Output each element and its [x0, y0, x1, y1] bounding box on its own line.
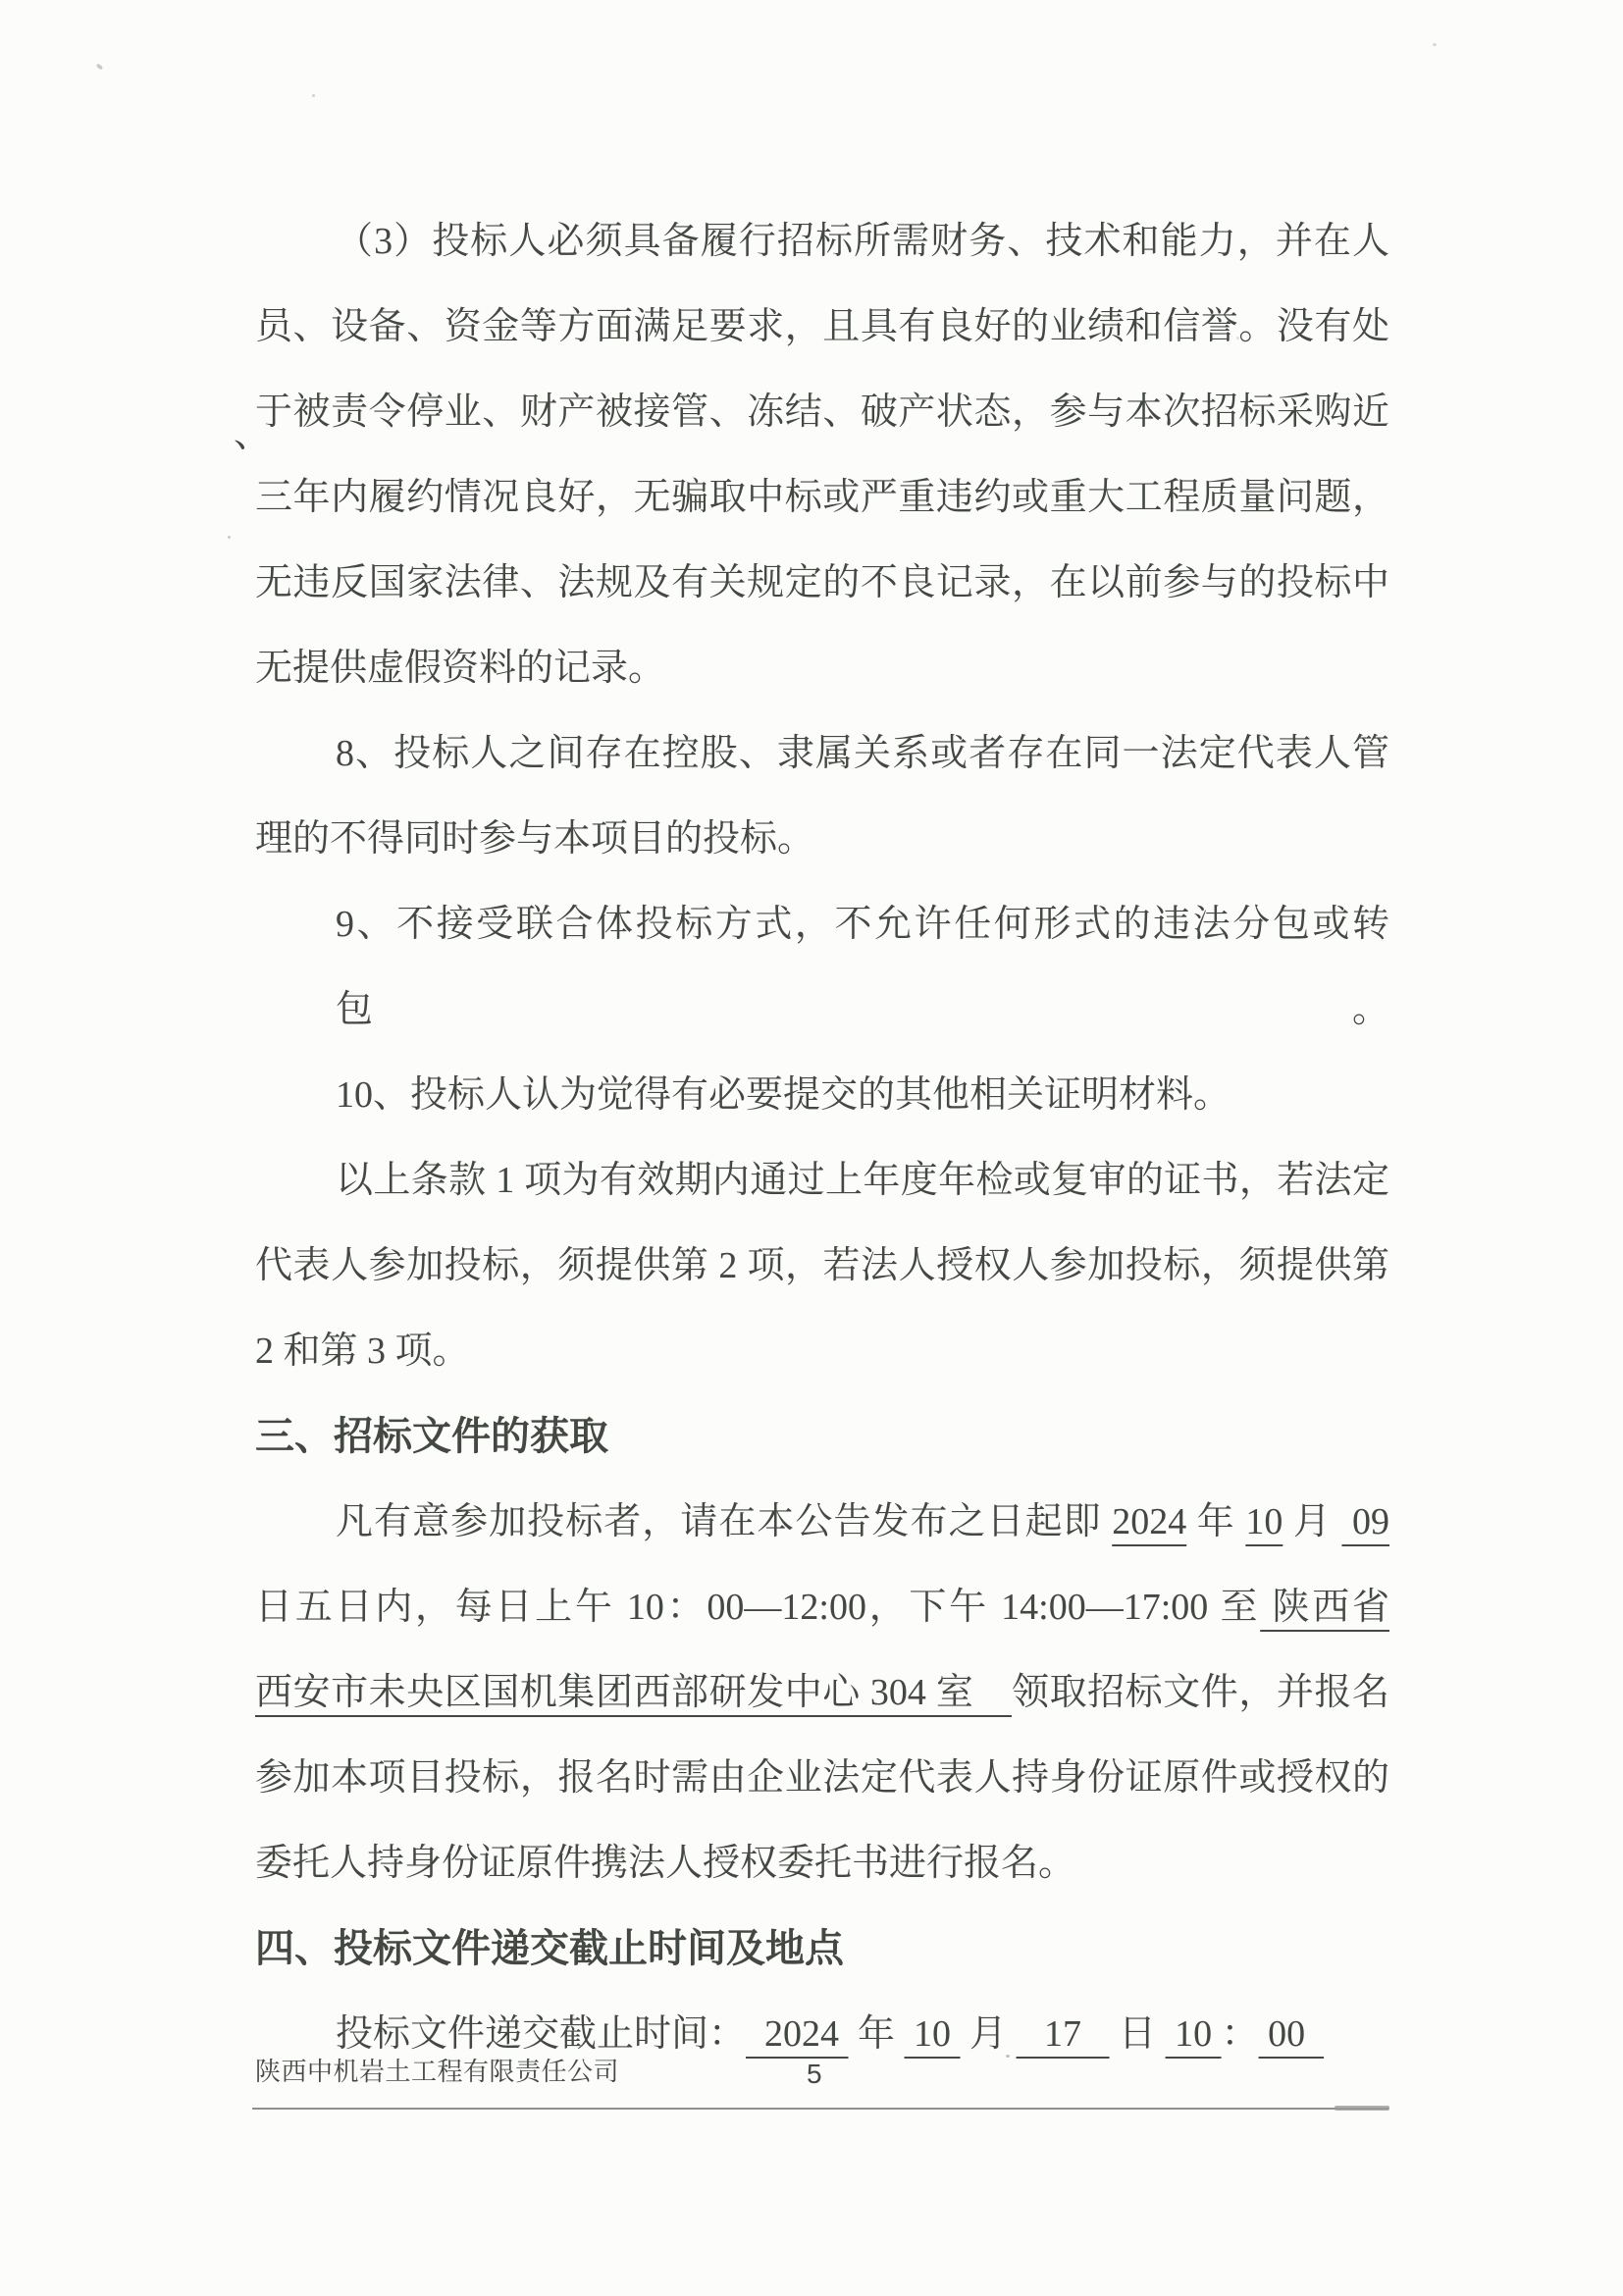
item-8-line-2: 理的不得同时参与本项目的投标。 — [255, 797, 1389, 882]
text-segment: 理的不得同时参与本项目的投标。 — [255, 818, 814, 860]
para-qualification-line-1: （3）投标人必须具备履行招标所需财务、技术和能力，并在人 — [255, 199, 1389, 285]
text-segment: 领取招标文件，并报名 — [1012, 1672, 1389, 1713]
text-segment: 于被责令停业、财产被接管、冻结、破产状态，参与本次招标采购近 — [255, 391, 1389, 433]
footer-divider-line-end-smudge — [1335, 2106, 1389, 2111]
text-segment: 无提供虚假资料的记录。 — [255, 648, 665, 689]
para-qualification-line-5: 无违反国家法律、法规及有关规定的不良记录，在以前参与的投标中 — [255, 541, 1389, 626]
section-heading-4: 四、投标文件递交截止时间及地点 — [255, 1906, 1389, 1992]
text-segment: 年 — [849, 2013, 905, 2055]
text-segment: 10、投标人认为觉得有必要提交的其他相关证明材料。 — [336, 1074, 1230, 1116]
text-segment: 员、设备、资金等方面满足要求，且具有良好的业绩和信誉。没有处 — [255, 306, 1389, 347]
underlined-text: 17 — [1017, 2013, 1110, 2055]
page-footer: 陕西中机岩土工程有限责任公司 5 — [255, 2055, 1389, 2094]
scanned-document-page: （3）投标人必须具备履行招标所需财务、技术和能力，并在人员、设备、资金等方面满足… — [0, 0, 1623, 2296]
footer-divider-line — [252, 2108, 1388, 2110]
text-segment: ： — [1222, 2013, 1259, 2055]
text-segment: 日 — [1110, 2013, 1166, 2055]
para-obtain-line-1: 凡有意参加投标者，请在本公告发布之日起即 2024 年 10 月 09 — [255, 1480, 1389, 1565]
text-segment: 年 — [1186, 1501, 1245, 1542]
scan-speck — [1433, 43, 1437, 46]
item-9: 9、不接受联合体投标方式，不允许任何形式的违法分包或转包。 — [255, 882, 1389, 1053]
para-clause-note-line-1: 以上条款 1 项为有效期内通过上年度年检或复审的证书，若法定 — [255, 1138, 1389, 1224]
text-segment: 以上条款 1 项为有效期内通过上年度年检或复审的证书，若法定 — [336, 1160, 1389, 1201]
text-segment: 三、招标文件的获取 — [255, 1415, 608, 1458]
text-segment: 月 — [1283, 1501, 1341, 1542]
scan-speck — [228, 536, 231, 539]
para-clause-note-line-3: 2 和第 3 项。 — [255, 1309, 1389, 1394]
text-segment: 日五日内，每日上午 10：00—12:00，下午 14:00—17:00 至 — [255, 1587, 1260, 1628]
text-segment: 无违反国家法律、法规及有关规定的不良记录，在以前参与的投标中 — [255, 562, 1389, 603]
para-obtain-line-5: 委托人持身份证原件携法人授权委托书进行报名。 — [255, 1821, 1389, 1906]
text-segment: 参加本项目投标，报名时需由企业法定代表人持身份证原件或授权的 — [255, 1757, 1389, 1799]
underlined-text: 09 — [1341, 1501, 1389, 1542]
underlined-text: 10 — [1166, 2013, 1222, 2055]
document-body: （3）投标人必须具备履行招标所需财务、技术和能力，并在人员、设备、资金等方面满足… — [255, 199, 1389, 2077]
text-segment: 投标文件递交截止时间： — [336, 2013, 746, 2055]
text-segment: 三年内履约情况良好，无骗取中标或严重违约或重大工程质量问题， — [255, 477, 1389, 518]
underlined-text: 2024 — [1112, 1501, 1186, 1542]
para-qualification-line-6: 无提供虚假资料的记录。 — [255, 626, 1389, 711]
underlined-text: 2024 — [746, 2013, 849, 2055]
scan-speck — [96, 63, 104, 71]
text-segment: 月 — [961, 2013, 1017, 2055]
text-segment: 委托人持身份证原件携法人授权委托书进行报名。 — [255, 1843, 1075, 1884]
item-8-line-1: 8、投标人之间存在控股、隶属关系或者存在同一法定代表人管 — [255, 711, 1389, 797]
item-10: 10、投标人认为觉得有必要提交的其他相关证明材料。 — [255, 1053, 1389, 1138]
footer-company-name: 陕西中机岩土工程有限责任公司 — [255, 2055, 619, 2090]
para-qualification-line-2: 员、设备、资金等方面满足要求，且具有良好的业绩和信誉。没有处 — [255, 285, 1389, 370]
para-obtain-line-4: 参加本项目投标，报名时需由企业法定代表人持身份证原件或授权的 — [255, 1736, 1389, 1821]
page-number: 5 — [807, 2057, 822, 2092]
stray-ink-mark: 、 — [234, 416, 271, 453]
scan-speck — [1236, 337, 1239, 339]
underlined-text: 10 — [1245, 1501, 1283, 1542]
para-qualification-line-3: 于被责令停业、财产被接管、冻结、破产状态，参与本次招标采购近 — [255, 370, 1389, 455]
text-segment: 凡有意参加投标者，请在本公告发布之日起即 — [336, 1501, 1112, 1542]
text-segment: 8、投标人之间存在控股、隶属关系或者存在同一法定代表人管 — [336, 733, 1389, 774]
underlined-text: 10 — [905, 2013, 961, 2055]
text-segment: 四、投标文件递交截止时间及地点 — [255, 1927, 844, 1970]
text-segment: 9、不接受联合体投标方式，不允许任何形式的违法分包或转包。 — [336, 904, 1389, 1030]
para-obtain-line-3: 西安市未央区国机集团西部研发中心 304 室 领取招标文件，并报名 — [255, 1650, 1389, 1736]
section-heading-3: 三、招标文件的获取 — [255, 1394, 1389, 1480]
underlined-text: 00 — [1259, 2013, 1325, 2055]
scan-speck — [1006, 2055, 1010, 2058]
text-segment: 代表人参加投标，须提供第 2 项，若法人授权人参加投标，须提供第 — [255, 1245, 1389, 1286]
para-obtain-line-2: 日五日内，每日上午 10：00—12:00，下午 14:00—17:00 至 陕… — [255, 1565, 1389, 1650]
underlined-text: 陕西省 — [1260, 1587, 1389, 1628]
scan-speck — [312, 94, 315, 97]
para-qualification-line-4: 三年内履约情况良好，无骗取中标或严重违约或重大工程质量问题， — [255, 455, 1389, 541]
text-segment: （3）投标人必须具备履行招标所需财务、技术和能力，并在人 — [336, 221, 1389, 262]
underlined-text: 西安市未央区国机集团西部研发中心 304 室 — [255, 1672, 1012, 1713]
para-clause-note-line-2: 代表人参加投标，须提供第 2 项，若法人授权人参加投标，须提供第 — [255, 1224, 1389, 1309]
text-segment: 2 和第 3 项。 — [255, 1331, 470, 1372]
